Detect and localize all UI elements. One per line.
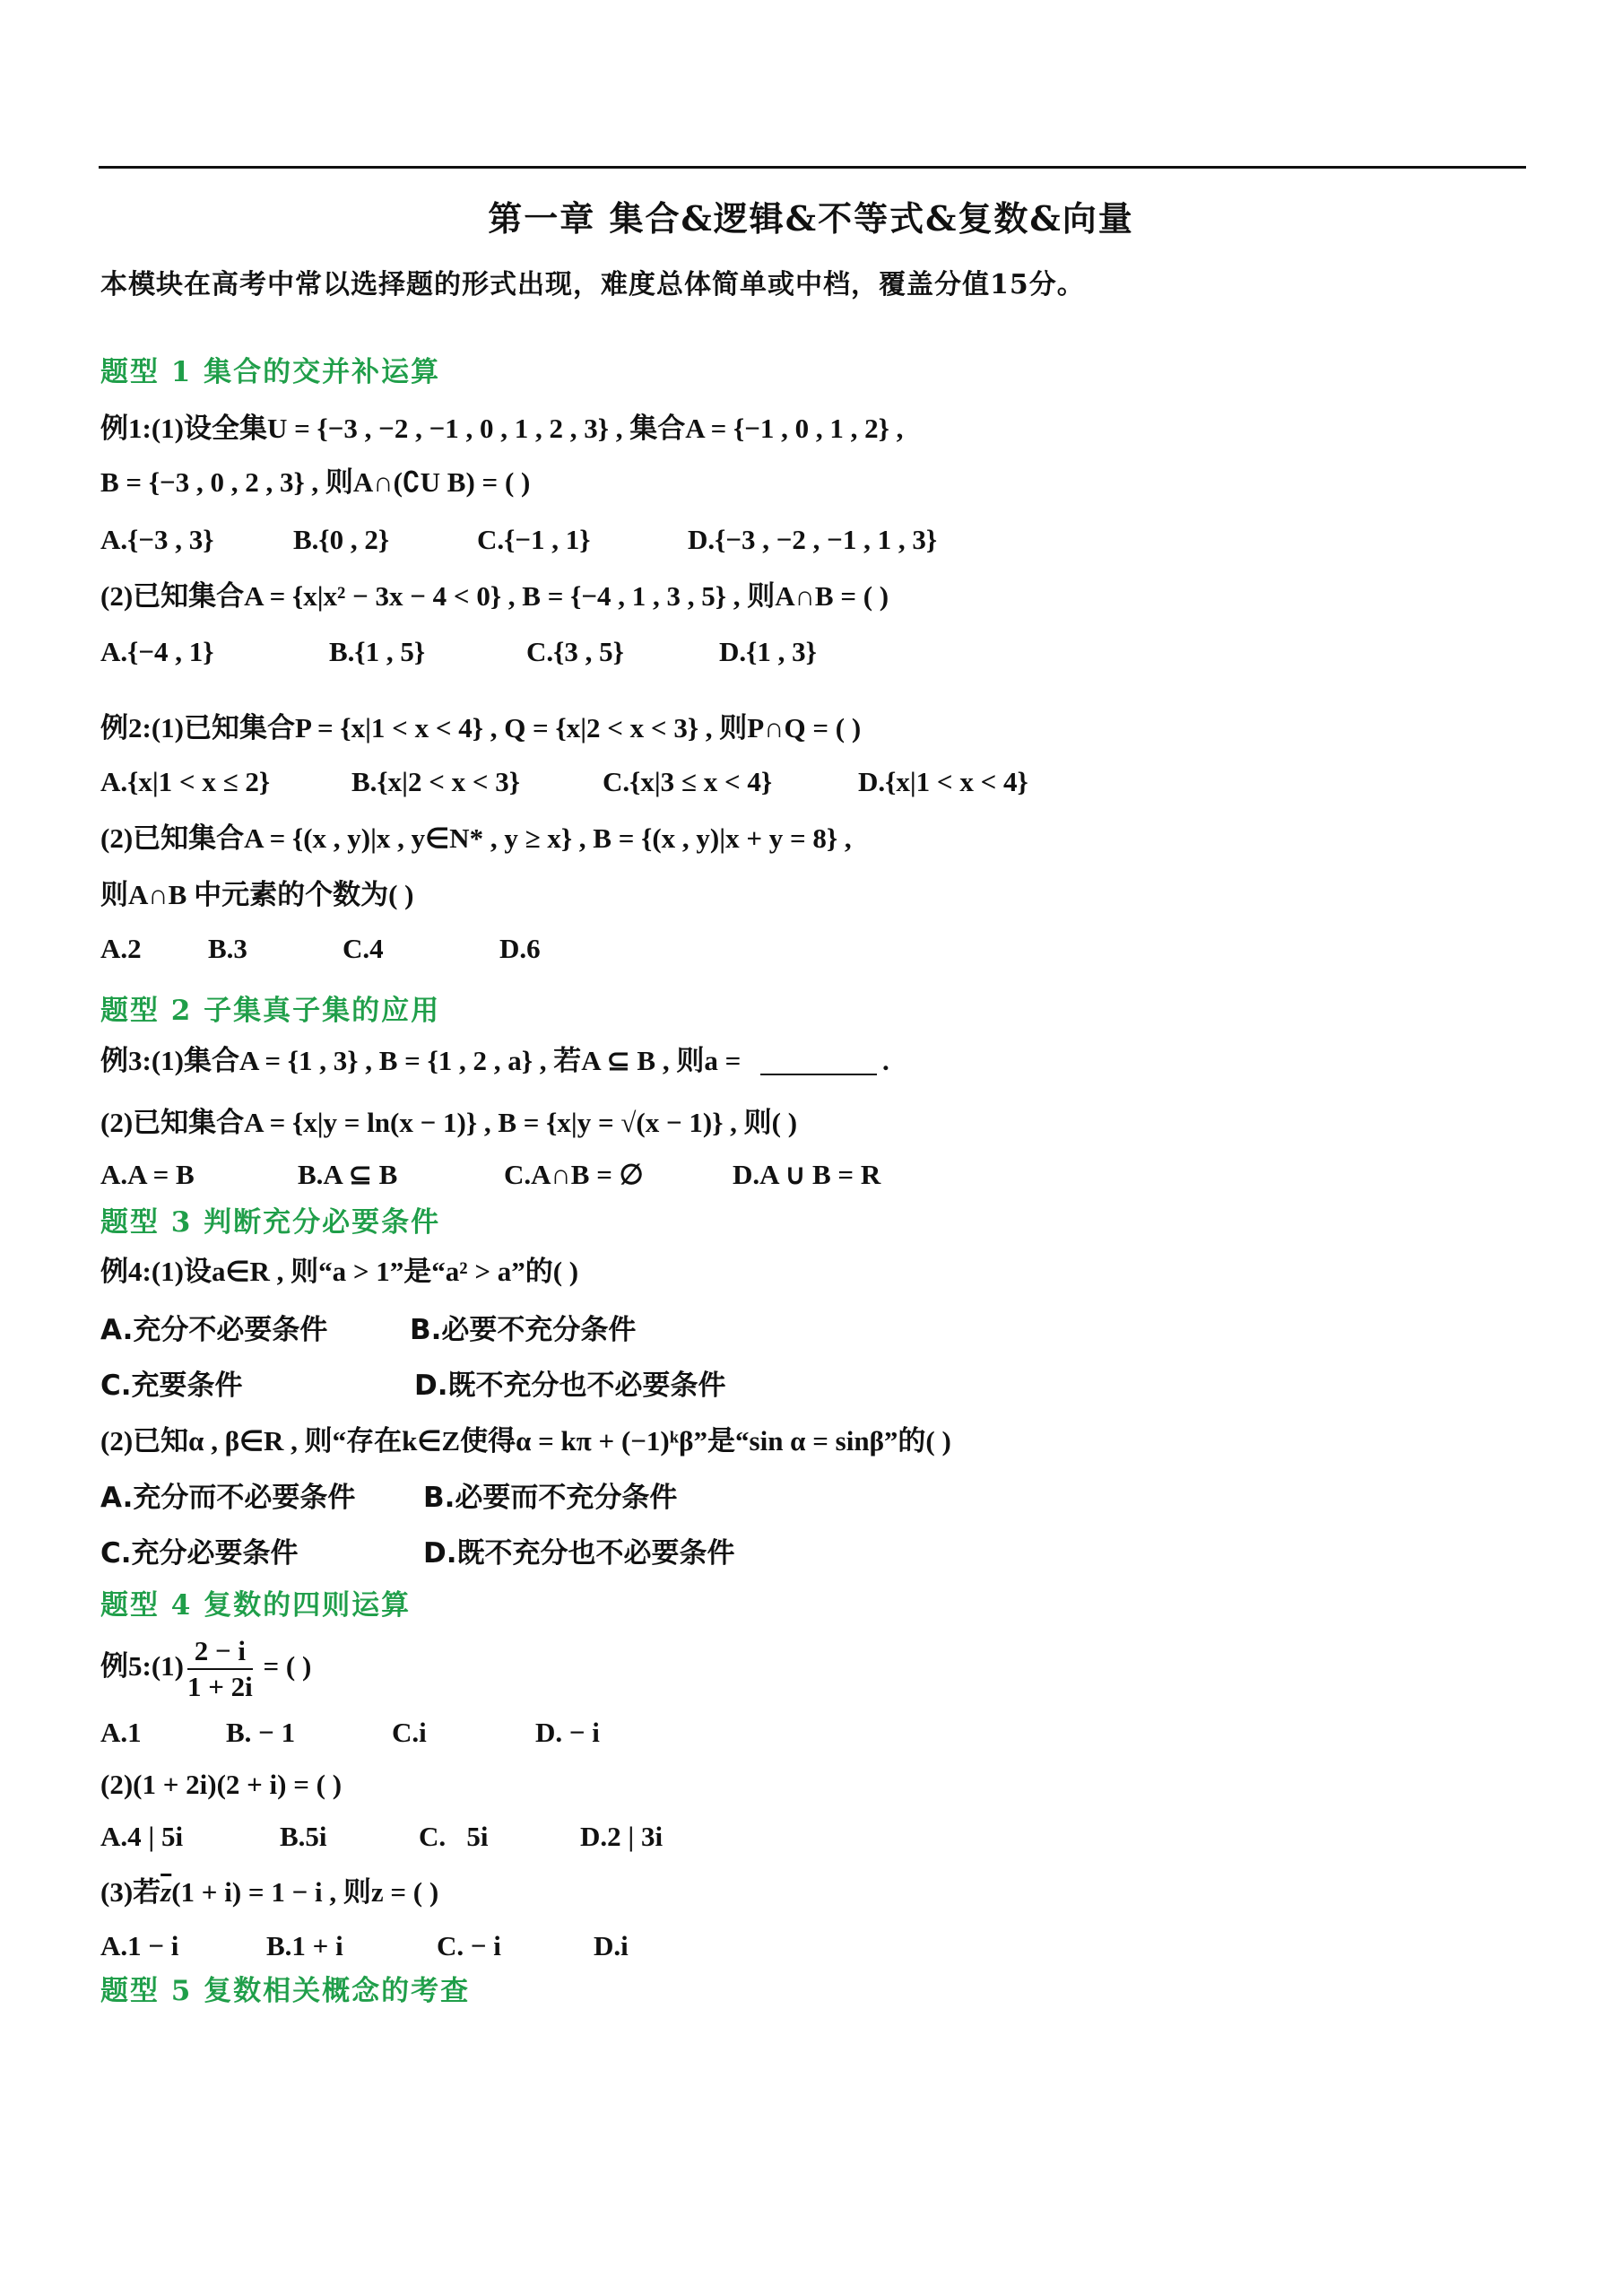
option-b[interactable]: B.{x|2 < x < 3} — [351, 764, 603, 800]
example-5-1-options: A.1B. − 1C.iD. − i — [100, 1715, 600, 1751]
option-a[interactable]: A.{−4 , 1} — [100, 634, 329, 670]
option-b[interactable]: B.3 — [208, 931, 343, 967]
example-4-1-line-1: 例4:(1)设a∈R , 则“a > 1”是“a² > a”的( ) — [100, 1254, 578, 1290]
option-a[interactable]: A.4 | 5i — [100, 1819, 280, 1855]
option-a[interactable]: A.1 — [100, 1715, 226, 1751]
option-d[interactable]: D.6 — [499, 931, 541, 967]
example-4-1-options-row-2: C.充要条件D.既不充分也不必要条件 — [100, 1368, 726, 1404]
example-4-2-line-1: (2)已知α , β∈R , 则“存在k∈Z使得α = kπ + (−1)ᵏβ”… — [100, 1423, 951, 1459]
option-b[interactable]: B.5i — [280, 1819, 419, 1855]
example-3-2-options: A.A = BB.A ⊆ BC.A∩B = ∅D.A ∪ B = R — [100, 1157, 880, 1193]
example-3-2-line-1: (2)已知集合A = {x|y = ln(x − 1)} , B = {x|y … — [100, 1105, 797, 1141]
option-a[interactable]: A.{x|1 < x ≤ 2} — [100, 764, 351, 800]
option-a[interactable]: A.充分而不必要条件 — [100, 1480, 423, 1516]
option-c[interactable]: C.{−1 , 1} — [477, 522, 688, 558]
option-c[interactable]: C.{3 , 5} — [526, 634, 719, 670]
option-a[interactable]: A.2 — [100, 931, 208, 967]
example-4-2-options-row-2: C.充分必要条件D.既不充分也不必要条件 — [100, 1535, 735, 1571]
example-2-1-options: A.{x|1 < x ≤ 2}B.{x|2 < x < 3}C.{x|3 ≤ x… — [100, 764, 1028, 800]
example-5-1-line-1: 例5:(1)2 − i1 + 2i = ( ) — [100, 1631, 311, 1704]
example-2-2-line-2: 则A∩B 中元素的个数为( ) — [100, 877, 414, 913]
option-d[interactable]: D.既不充分也不必要条件 — [423, 1535, 735, 1571]
example-5-3-prefix: (3)若 — [100, 1876, 160, 1908]
option-a[interactable]: A.充分不必要条件 — [100, 1312, 410, 1348]
fraction-numerator: 2 − i — [187, 1634, 253, 1670]
section-heading-4: 题型 4 复数的四则运算 — [100, 1587, 411, 1623]
option-c[interactable]: C.i — [392, 1715, 535, 1751]
option-d[interactable]: D.{1 , 3} — [719, 634, 817, 670]
example-5-3-suffix: (1 + i) = 1 − i , 则z = ( ) — [171, 1876, 438, 1908]
example-5-1-suffix: = ( ) — [256, 1650, 312, 1682]
option-c[interactable]: C.{x|3 ≤ x < 4} — [603, 764, 858, 800]
example-4-2-options-row-1: A.充分而不必要条件B.必要而不充分条件 — [100, 1480, 677, 1516]
option-c[interactable]: C.充要条件 — [100, 1368, 414, 1404]
section-heading-5: 题型 5 复数相关概念的考查 — [100, 1973, 470, 2009]
option-a[interactable]: A.A = B — [100, 1157, 298, 1193]
example-1-1-line-2: B = {−3 , 0 , 2 , 3} , 则A∩(∁U B) = ( ) — [100, 465, 530, 500]
example-1-1-options: A.{−3 , 3}B.{0 , 2}C.{−1 , 1}D.{−3 , −2 … — [100, 522, 937, 558]
option-b[interactable]: B. − 1 — [226, 1715, 392, 1751]
option-d[interactable]: D.A ∪ B = R — [733, 1157, 880, 1193]
intro-text: 本模块在高考中常以选择题的形式出现，难度总体简单或中档，覆盖分值15分。 — [100, 267, 1085, 303]
option-b[interactable]: B.必要不充分条件 — [410, 1312, 636, 1348]
option-d[interactable]: D.{x|1 < x < 4} — [858, 764, 1028, 800]
option-d[interactable]: D.{−3 , −2 , −1 , 1 , 3} — [688, 522, 937, 558]
answer-blank[interactable] — [760, 1047, 877, 1075]
option-d[interactable]: D.2 | 3i — [580, 1819, 663, 1855]
fraction: 2 − i1 + 2i — [187, 1634, 253, 1704]
section-heading-1: 题型 1 集合的交并补运算 — [100, 354, 440, 390]
example-5-2-options: A.4 | 5iB.5iC. 5iD.2 | 3i — [100, 1819, 663, 1855]
blank-suffix: . — [882, 1045, 889, 1076]
chapter-title: 第一章 集合&逻辑&不等式&复数&向量 — [0, 191, 1622, 240]
option-c[interactable]: C.充分必要条件 — [100, 1535, 423, 1571]
section-heading-2: 题型 2 子集真子集的应用 — [100, 993, 440, 1029]
option-c[interactable]: C. 5i — [419, 1819, 580, 1855]
example-2-2-options: A.2B.3C.4D.6 — [100, 931, 541, 967]
example-1-2-line-1: (2)已知集合A = {x|x² − 3x − 4 < 0} , B = {−4… — [100, 578, 889, 614]
header-rule — [99, 166, 1526, 169]
example-1-1-line-1: 例1:(1)设全集U = {−3 , −2 , −1 , 0 , 1 , 2 ,… — [100, 411, 903, 447]
example-3-1-text: 例3:(1)集合A = {1 , 3} , B = {1 , 2 , a} , … — [100, 1045, 748, 1076]
example-4-1-options-row-1: A.充分不必要条件B.必要不充分条件 — [100, 1312, 636, 1348]
option-c[interactable]: C. − i — [437, 1928, 594, 1964]
example-1-2-options: A.{−4 , 1}B.{1 , 5}C.{3 , 5}D.{1 , 3} — [100, 634, 817, 670]
option-b[interactable]: B.1 + i — [266, 1928, 437, 1964]
option-b[interactable]: B.{1 , 5} — [329, 634, 526, 670]
option-b[interactable]: B.必要而不充分条件 — [423, 1480, 677, 1516]
example-5-3-line-1: (3)若z(1 + i) = 1 − i , 则z = ( ) — [100, 1874, 438, 1910]
option-b[interactable]: B.A ⊆ B — [298, 1157, 504, 1193]
option-c[interactable]: C.4 — [343, 931, 499, 967]
option-b[interactable]: B.{0 , 2} — [293, 522, 477, 558]
example-5-1-prefix: 例5:(1) — [100, 1650, 184, 1682]
example-2-1-line-1: 例2:(1)已知集合P = {x|1 < x < 4} , Q = {x|2 <… — [100, 710, 861, 746]
fraction-denominator: 1 + 2i — [187, 1670, 253, 1704]
option-c[interactable]: C.A∩B = ∅ — [504, 1157, 733, 1193]
z-conjugate: z — [160, 1876, 171, 1908]
option-a[interactable]: A.1 − i — [100, 1928, 266, 1964]
option-d[interactable]: D. − i — [535, 1715, 600, 1751]
example-3-1-line-1: 例3:(1)集合A = {1 , 3} , B = {1 , 2 , a} , … — [100, 1043, 889, 1079]
example-5-2-line-1: (2)(1 + 2i)(2 + i) = ( ) — [100, 1767, 342, 1803]
section-heading-3: 题型 3 判断充分必要条件 — [100, 1205, 440, 1240]
option-d[interactable]: D.既不充分也不必要条件 — [414, 1368, 726, 1404]
option-d[interactable]: D.i — [594, 1928, 629, 1964]
example-2-2-line-1: (2)已知集合A = {(x , y)|x , y∈N* , y ≥ x} , … — [100, 821, 852, 857]
option-a[interactable]: A.{−3 , 3} — [100, 522, 293, 558]
example-5-3-options: A.1 − iB.1 + iC. − iD.i — [100, 1928, 629, 1964]
